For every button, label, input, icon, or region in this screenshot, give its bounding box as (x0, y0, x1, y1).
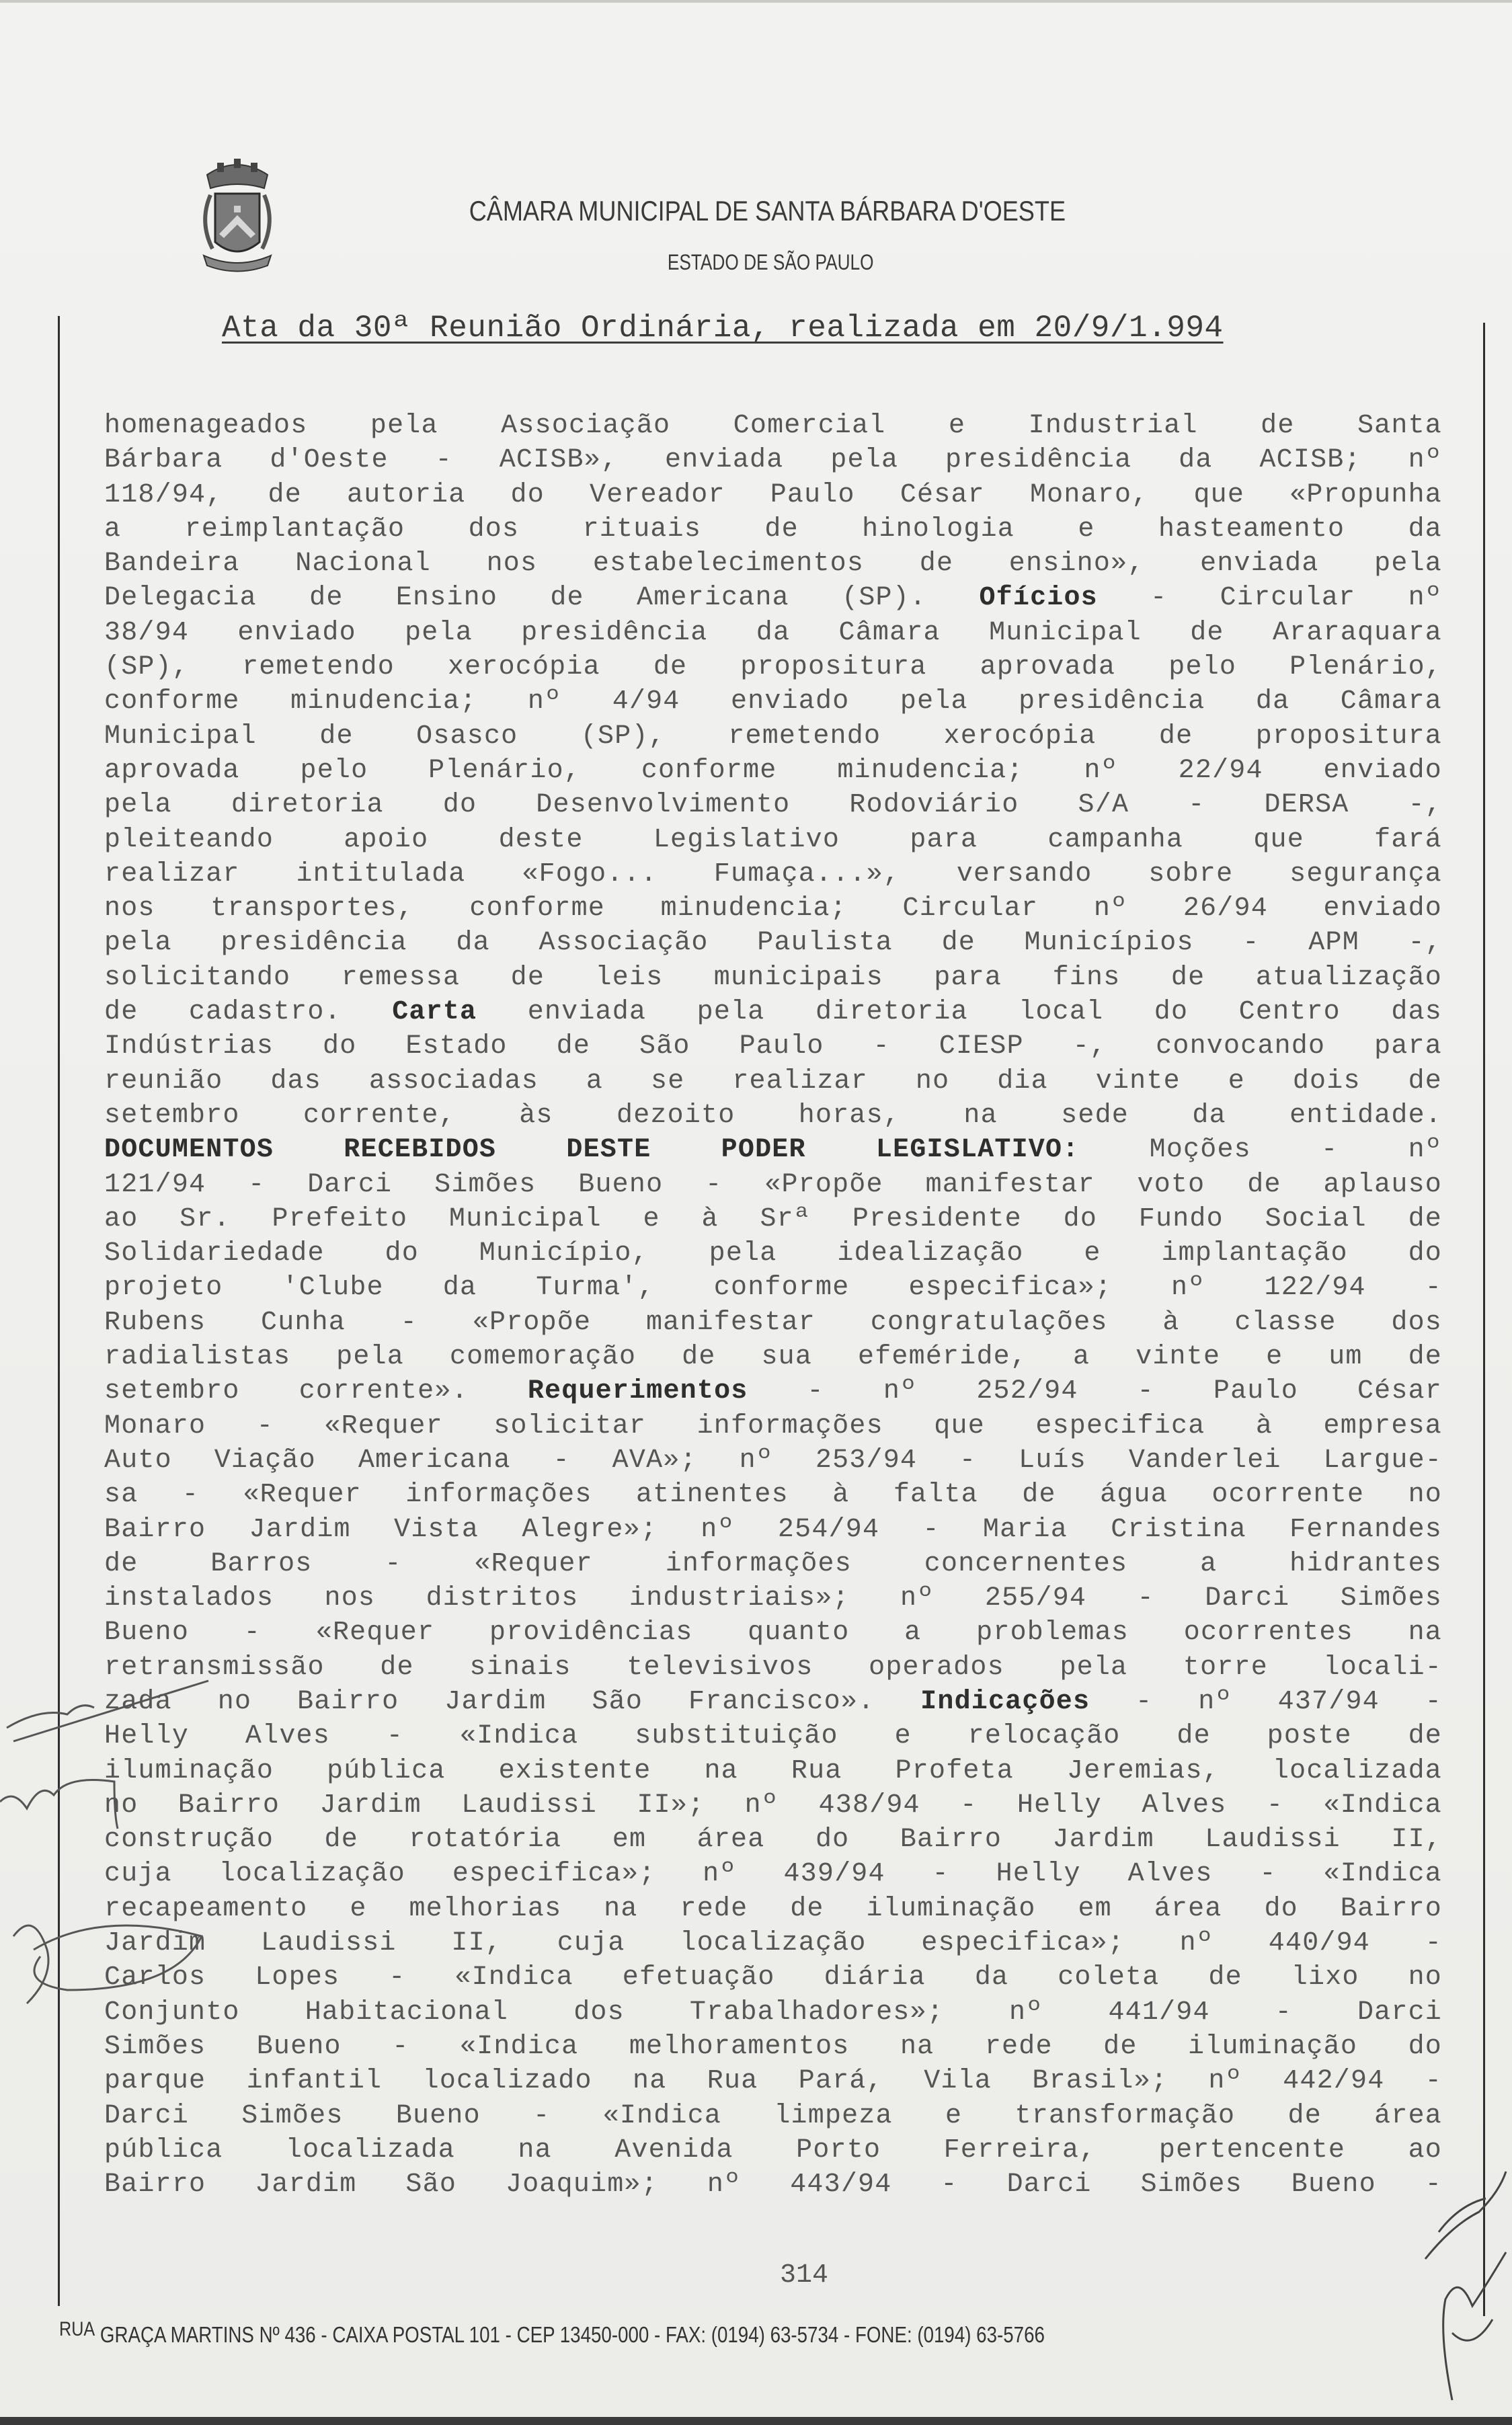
text-run: Simões Bueno - «Indica melhoramentos na … (104, 2032, 1442, 2062)
text-line: radialistas pela comemoração de sua efem… (104, 1340, 1442, 1374)
section-heading: Carta (392, 997, 477, 1027)
text-line: aprovada pelo Plenário, conforme minuden… (104, 754, 1442, 788)
page-bottom-edge (0, 2417, 1512, 2425)
text-run: no Bairro Jardim Laudissi II»; nº 438/94… (104, 1790, 1442, 1821)
document-page: CÂMARA MUNICIPAL DE SANTA BÁRBARA D'OEST… (0, 0, 1512, 2425)
page-top-edge (0, 0, 1512, 3)
text-line: setembro corrente». Requerimentos - nº 2… (104, 1374, 1442, 1408)
text-run: retransmissão de sinais televisivos oper… (104, 1653, 1442, 1683)
text-run: a reimplantação dos rituais de hinologia… (104, 514, 1442, 545)
text-line: homenageados pela Associação Comercial e… (104, 409, 1442, 443)
left-margin-rule (58, 316, 60, 2306)
text-run: solicitando remessa de leis municipais p… (104, 963, 1442, 993)
text-run: reunião das associadas a se realizar no … (104, 1066, 1442, 1097)
text-line: Bueno - «Requer providências quanto a pr… (104, 1616, 1442, 1650)
text-line: Bairro Jardim São Joaquim»; nº 443/94 - … (104, 2168, 1442, 2202)
text-line: recapeamento e melhorias na rede de ilum… (104, 1892, 1442, 1926)
text-line: Indústrias do Estado de São Paulo - CIES… (104, 1029, 1442, 1064)
text-run: conforme minudencia; nº 4/94 enviado pel… (104, 686, 1442, 717)
text-run: Bandeira Nacional nos estabelecimentos d… (104, 549, 1442, 579)
text-line: instalados nos distritos industriais»; n… (104, 1581, 1442, 1616)
text-run: parque infantil localizado na Rua Pará, … (104, 2066, 1442, 2096)
text-line: de Barros - «Requer informações concerne… (104, 1547, 1442, 1581)
text-line: Simões Bueno - «Indica melhoramentos na … (104, 2030, 1442, 2064)
text-run: - nº 437/94 - (1090, 1687, 1442, 1717)
text-run: de Barros - «Requer informações concerne… (104, 1549, 1442, 1579)
text-line: Rubens Cunha - «Propõe manifestar congra… (104, 1306, 1442, 1340)
text-run: cuja localização especifica»; nº 439/94 … (104, 1859, 1442, 1889)
text-run: Moções - nº (1079, 1135, 1442, 1165)
text-run: - nº 252/94 - Paulo César (748, 1376, 1442, 1406)
text-line: solicitando remessa de leis municipais p… (104, 961, 1442, 995)
text-line: Jardim Laudissi II, cuja localização esp… (104, 1926, 1442, 1960)
page-number: 314 (780, 2260, 828, 2291)
text-line: retransmissão de sinais televisivos oper… (104, 1651, 1442, 1685)
text-line: Delegacia de Ensino de Americana (SP). O… (104, 581, 1442, 615)
text-line: cuja localização especifica»; nº 439/94 … (104, 1857, 1442, 1891)
text-line: Bárbara d'Oeste - ACISB», enviada pela p… (104, 443, 1442, 477)
text-line: de cadastro. Carta enviada pela diretori… (104, 995, 1442, 1029)
text-run: Bárbara d'Oeste - ACISB», enviada pela p… (104, 445, 1442, 475)
right-margin-rule (1483, 323, 1485, 2316)
section-heading: DOCUMENTOS RECEBIDOS DESTE PODER LEGISLA… (104, 1135, 1079, 1165)
text-run: 118/94, de autoria do Vereador Paulo Cés… (104, 480, 1442, 510)
section-heading: Indicações (920, 1687, 1090, 1717)
text-line: conforme minudencia; nº 4/94 enviado pel… (104, 684, 1442, 719)
state-name: ESTADO DE SÃO PAULO (151, 250, 1390, 275)
text-run: Bairro Jardim São Joaquim»; nº 443/94 - … (104, 2170, 1442, 2200)
text-line: Darci Simões Bueno - «Indica limpeza e t… (104, 2099, 1442, 2133)
text-run: realizar intitulada «Fogo... Fumaça...»,… (104, 859, 1442, 889)
text-line: a reimplantação dos rituais de hinologia… (104, 512, 1442, 547)
text-line: reunião das associadas a se realizar no … (104, 1064, 1442, 1099)
text-line: setembro corrente, às dezoito horas, na … (104, 1099, 1442, 1133)
text-run: de cadastro. (104, 997, 392, 1027)
text-line: 38/94 enviado pela presidência da Câmara… (104, 616, 1442, 650)
text-line: ao Sr. Prefeito Municipal e à Srª Presid… (104, 1202, 1442, 1236)
text-line: projeto 'Clube da Turma', conforme espec… (104, 1271, 1442, 1305)
minutes-body: homenageados pela Associação Comercial e… (104, 409, 1442, 2202)
text-run: construção de rotatória em área do Bairr… (104, 1825, 1442, 1855)
text-line: pleiteando apoio deste Legislativo para … (104, 823, 1442, 857)
institution-name: CÂMARA MUNICIPAL DE SANTA BÁRBARA D'OEST… (117, 195, 1417, 227)
text-run: Bairro Jardim Vista Alegre»; nº 254/94 -… (104, 1515, 1442, 1545)
text-line: Conjunto Habitacional dos Trabalhadores»… (104, 1995, 1442, 2030)
text-line: pela diretoria do Desenvolvimento Rodovi… (104, 788, 1442, 822)
text-line: Auto Viação Americana - AVA»; nº 253/94 … (104, 1443, 1442, 1478)
text-run: instalados nos distritos industriais»; n… (104, 1583, 1442, 1614)
document-title: Ata da 30ª Reunião Ordinária, realizada … (222, 311, 1224, 346)
text-line: pública localizada na Avenida Porto Ferr… (104, 2133, 1442, 2168)
text-line: 118/94, de autoria do Vereador Paulo Cés… (104, 478, 1442, 512)
text-run: Darci Simões Bueno - «Indica limpeza e t… (104, 2101, 1442, 2131)
text-run: sa - «Requer informações atinentes à fal… (104, 1480, 1442, 1510)
text-run: setembro corrente, às dezoito horas, na … (104, 1101, 1442, 1131)
text-line: Bandeira Nacional nos estabelecimentos d… (104, 547, 1442, 581)
text-line: Helly Alves - «Indica substituição e rel… (104, 1719, 1442, 1753)
text-line: no Bairro Jardim Laudissi II»; nº 438/94… (104, 1788, 1442, 1823)
text-run: pela diretoria do Desenvolvimento Rodovi… (104, 790, 1442, 820)
text-run: Indústrias do Estado de São Paulo - CIES… (104, 1031, 1442, 1062)
text-run: Monaro - «Requer solicitar informações q… (104, 1411, 1442, 1441)
text-run: Auto Viação Americana - AVA»; nº 253/94 … (104, 1445, 1442, 1476)
text-line: pela presidência da Associação Paulista … (104, 926, 1442, 960)
text-line: nos transportes, conforme minudencia; Ci… (104, 891, 1442, 926)
text-run: pleiteando apoio deste Legislativo para … (104, 825, 1442, 855)
section-heading: Requerimentos (528, 1376, 748, 1406)
text-line: 121/94 - Darci Simões Bueno - «Propõe ma… (104, 1168, 1442, 1202)
text-run: aprovada pelo Plenário, conforme minuden… (104, 756, 1442, 786)
text-run: Bueno - «Requer providências quanto a pr… (104, 1618, 1442, 1648)
text-run: recapeamento e melhorias na rede de ilum… (104, 1894, 1442, 1924)
text-run: enviada pela diretoria local do Centro d… (477, 997, 1442, 1027)
footer-address: RUA GRAÇA MARTINS Nº 436 - CAIXA POSTAL … (59, 2318, 1268, 2348)
footer-address-text: GRAÇA MARTINS Nº 436 - CAIXA POSTAL 101 … (100, 2322, 1045, 2347)
text-run: projeto 'Clube da Turma', conforme espec… (104, 1273, 1442, 1303)
text-run: Helly Alves - «Indica substituição e rel… (104, 1721, 1442, 1751)
text-run: Conjunto Habitacional dos Trabalhadores»… (104, 1997, 1442, 2028)
text-line: construção de rotatória em área do Bairr… (104, 1823, 1442, 1857)
text-run: Solidariedade do Município, pela idealiz… (104, 1238, 1442, 1269)
text-line: Carlos Lopes - «Indica efetuação diária … (104, 1960, 1442, 1995)
text-run: radialistas pela comemoração de sua efem… (104, 1342, 1442, 1372)
text-line: zada no Bairro Jardim São Francisco». In… (104, 1685, 1442, 1719)
text-line: parque infantil localizado na Rua Pará, … (104, 2064, 1442, 2098)
text-line: (SP), remetendo xerocópia de propositura… (104, 650, 1442, 684)
text-run: Carlos Lopes - «Indica efetuação diária … (104, 1962, 1442, 1993)
text-line: sa - «Requer informações atinentes à fal… (104, 1478, 1442, 1512)
text-line: Solidariedade do Município, pela idealiz… (104, 1236, 1442, 1271)
text-line: Municipal de Osasco (SP), remetendo xero… (104, 719, 1442, 754)
text-run: setembro corrente». (104, 1376, 528, 1406)
footer-address-prefix: RUA (59, 2318, 95, 2340)
text-run: Jardim Laudissi II, cuja localização esp… (104, 1928, 1442, 1958)
text-run: 38/94 enviado pela presidência da Câmara… (104, 618, 1442, 648)
text-run: Delegacia de Ensino de Americana (SP). (104, 583, 979, 613)
text-run: homenageados pela Associação Comercial e… (104, 411, 1442, 441)
text-line: realizar intitulada «Fogo... Fumaça...»,… (104, 857, 1442, 891)
text-run: pela presidência da Associação Paulista … (104, 928, 1442, 958)
text-run: 121/94 - Darci Simões Bueno - «Propõe ma… (104, 1170, 1442, 1200)
text-line: DOCUMENTOS RECEBIDOS DESTE PODER LEGISLA… (104, 1133, 1442, 1167)
text-run: - Circular nº (1098, 583, 1442, 613)
text-run: ao Sr. Prefeito Municipal e à Srª Presid… (104, 1204, 1442, 1234)
text-run: pública localizada na Avenida Porto Ferr… (104, 2135, 1442, 2165)
text-line: Monaro - «Requer solicitar informações q… (104, 1409, 1442, 1443)
text-run: nos transportes, conforme minudencia; Ci… (104, 893, 1442, 924)
text-run: Municipal de Osasco (SP), remetendo xero… (104, 721, 1442, 752)
text-run: iluminação pública existente na Rua Prof… (104, 1756, 1442, 1786)
text-line: Bairro Jardim Vista Alegre»; nº 254/94 -… (104, 1513, 1442, 1547)
text-run: (SP), remetendo xerocópia de propositura… (104, 652, 1442, 682)
text-run: zada no Bairro Jardim São Francisco». (104, 1687, 920, 1717)
text-line: iluminação pública existente na Rua Prof… (104, 1754, 1442, 1788)
text-run: Rubens Cunha - «Propõe manifestar congra… (104, 1308, 1442, 1338)
section-heading: Ofícios (979, 583, 1097, 613)
